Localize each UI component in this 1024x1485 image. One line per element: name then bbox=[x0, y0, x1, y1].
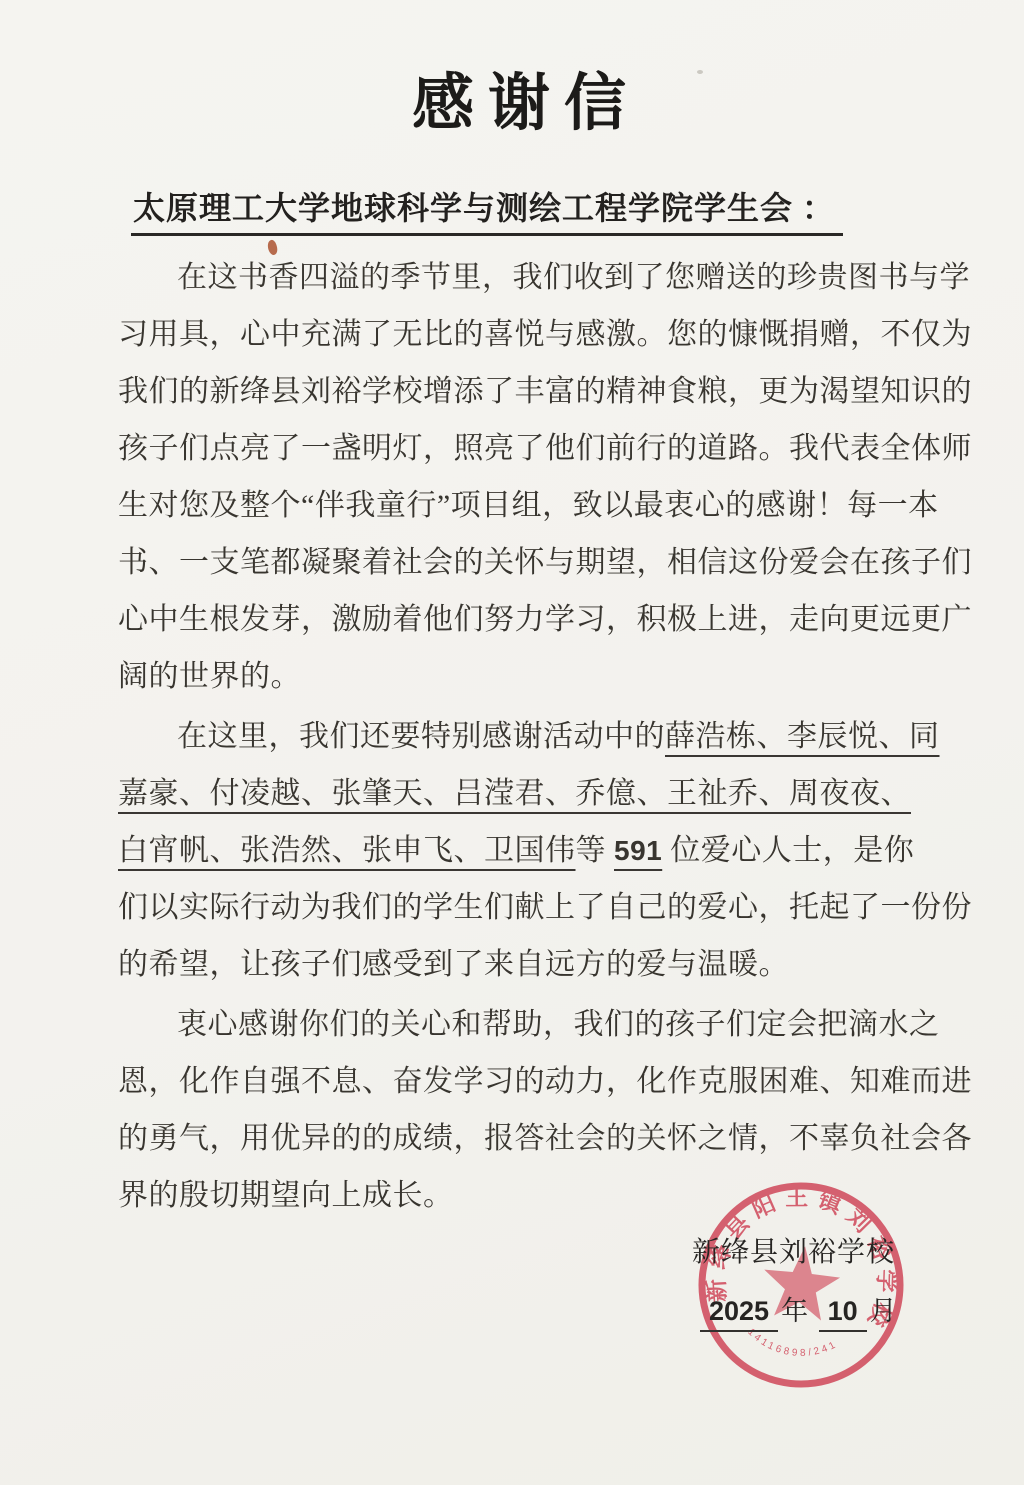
donor-names: 薛浩栋、李辰悦、同 bbox=[665, 720, 940, 753]
letter-page: 感谢信 太原理工大学地球科学与测绘工程学院学生会 ： 在这书香四溢的季节里，我们… bbox=[0, 0, 1024, 1485]
text-run: 的希望，让孩子们感受到了来自远方的爱与温暖。 bbox=[118, 948, 789, 981]
body-line: 的希望，让孩子们感受到了来自远方的爱与温暖。 bbox=[118, 936, 906, 993]
body-line: 生对您及整个“伴我童行”项目组，致以最衷心的感谢！每一本 bbox=[118, 477, 906, 534]
donor-count: 591 bbox=[614, 835, 662, 866]
body-line: 们以实际行动为我们的学生们献上了自己的爱心，托起了一份份 bbox=[118, 879, 906, 936]
body-line: 阔的世界的。 bbox=[118, 648, 906, 705]
salutation: 太原理工大学地球科学与测绘工程学院学生会 ： bbox=[131, 188, 843, 236]
text-run: 等 bbox=[576, 834, 615, 867]
donor-names: 白宵帆、张浩然、张申飞、卫国伟 bbox=[118, 834, 576, 867]
body-line: 恩，化作自强不息、奋发学习的动力，化作克服困难、知难而进 bbox=[118, 1053, 906, 1110]
text-run: 界的殷切期望向上成长。 bbox=[118, 1179, 454, 1212]
text-run: 们以实际行动为我们的学生们献上了自己的爱心，托起了一份份 bbox=[118, 891, 972, 924]
stamp-seal: 新绛县阳王镇刘裕学校 14116898/241 bbox=[683, 1167, 918, 1402]
letter-body: 在这书香四溢的季节里，我们收到了您赠送的珍贵图书与学习用具，心中充满了无比的喜悦… bbox=[118, 249, 906, 1224]
donor-names: 嘉豪、付凌越、张肇天、吕滢君、乔億、王祉乔、周夜夜、 bbox=[118, 777, 911, 810]
paragraph: 在这里，我们还要特别感谢活动中的薛浩栋、李辰悦、同嘉豪、付凌越、张肇天、吕滢君、… bbox=[118, 708, 906, 993]
body-line: 习用具，心中充满了无比的喜悦与感激。您的慷慨捐赠，不仅为 bbox=[118, 306, 906, 363]
body-line: 的勇气，用优异的的成绩，报答社会的关怀之情，不辜负社会各 bbox=[118, 1110, 906, 1167]
date-year: 2025 bbox=[700, 1294, 778, 1332]
text-run: 的勇气，用优异的的成绩，报答社会的关怀之情，不辜负社会各 bbox=[118, 1122, 972, 1155]
text-run: 位爱心人士，是你 bbox=[662, 834, 914, 867]
scan-speck bbox=[697, 70, 703, 74]
text-run: 阔的世界的。 bbox=[118, 660, 301, 693]
body-line: 孩子们点亮了一盏明灯，照亮了他们前行的道路。我代表全体师 bbox=[118, 420, 906, 477]
body-line: 书、一支笔都凝聚着社会的关怀与期望，相信这份爱会在孩子们 bbox=[118, 534, 906, 591]
text-run: 生对您及整个“伴我童行”项目组，致以最衷心的感谢！每一本 bbox=[118, 489, 939, 522]
text-run: 书、一支笔都凝聚着社会的关怀与期望，相信这份爱会在孩子们 bbox=[118, 546, 972, 579]
date-month-label: 月 bbox=[867, 1296, 900, 1326]
body-line: 在这里，我们还要特别感谢活动中的薛浩栋、李辰悦、同 bbox=[118, 708, 906, 765]
body-line: 我们的新绛县刘裕学校增添了丰富的精神食粮，更为渴望知识的 bbox=[118, 363, 906, 420]
text-run: 我们的新绛县刘裕学校增添了丰富的精神食粮，更为渴望知识的 bbox=[118, 375, 972, 408]
body-line: 嘉豪、付凌越、张肇天、吕滢君、乔億、王祉乔、周夜夜、 bbox=[118, 765, 906, 822]
text-run: 在这里，我们还要特别感谢活动中的 bbox=[177, 720, 665, 753]
paragraph: 在这书香四溢的季节里，我们收到了您赠送的珍贵图书与学习用具，心中充满了无比的喜悦… bbox=[118, 249, 906, 705]
text-run: 衷心感谢你们的关心和帮助，我们的孩子们定会把滴水之 bbox=[177, 1008, 940, 1041]
date-year-label: 年 bbox=[778, 1296, 811, 1326]
text-run: 心中生根发芽，激励着他们努力学习，积极上进，走向更远更广 bbox=[118, 603, 972, 636]
text-run: 孩子们点亮了一盏明灯，照亮了他们前行的道路。我代表全体师 bbox=[118, 432, 972, 465]
letter-title: 感谢信 bbox=[0, 68, 1024, 140]
text-run: 习用具，心中充满了无比的喜悦与感激。您的慷慨捐赠，不仅为 bbox=[118, 318, 972, 351]
signature-school: 新绛县刘裕学校 bbox=[692, 1236, 895, 1270]
text-run: 在这书香四溢的季节里，我们收到了您赠送的珍贵图书与学 bbox=[177, 261, 970, 294]
body-line: 衷心感谢你们的关心和帮助，我们的孩子们定会把滴水之 bbox=[118, 996, 906, 1053]
body-line: 在这书香四溢的季节里，我们收到了您赠送的珍贵图书与学 bbox=[118, 249, 906, 306]
date-month: 10 bbox=[819, 1294, 867, 1332]
date-line: 2025年 10月 bbox=[700, 1294, 900, 1332]
body-line: 白宵帆、张浩然、张申飞、卫国伟等 591 位爱心人士，是你 bbox=[118, 822, 906, 879]
text-run: 恩，化作自强不息、奋发学习的动力，化作克服困难、知难而进 bbox=[118, 1065, 972, 1098]
body-line: 心中生根发芽，激励着他们努力学习，积极上进，走向更远更广 bbox=[118, 591, 906, 648]
